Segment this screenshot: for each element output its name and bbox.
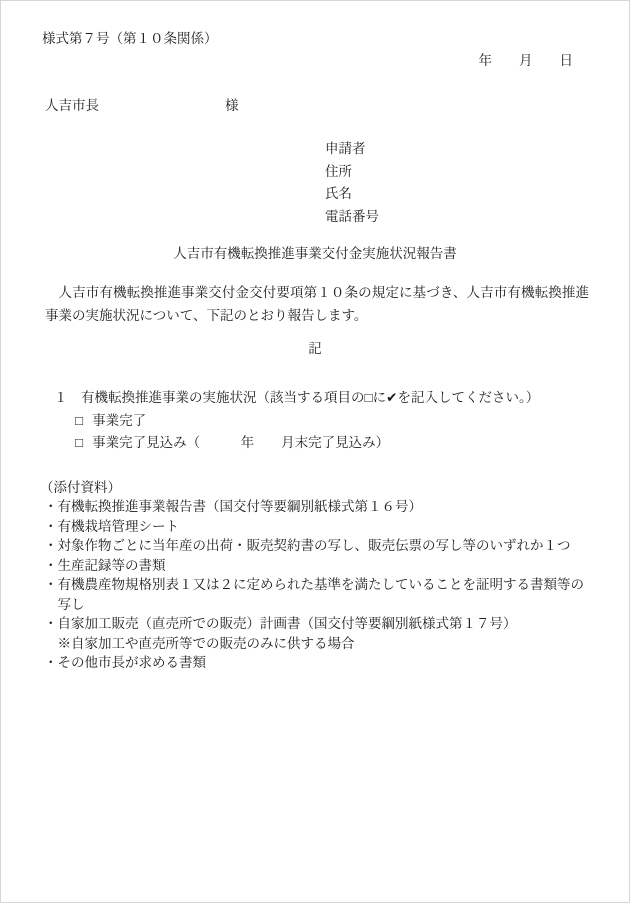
bullet-icon: ・ — [44, 614, 58, 634]
attachment-text: ※自家加工や直売所等での販売のみに供する場合 — [58, 634, 591, 654]
document-title: 人吉市有機転換推進事業交付金実施状況報告書 — [0, 243, 630, 266]
applicant-fields: 住所 氏名 電話番号 — [325, 161, 379, 229]
body-paragraph: 人吉市有機転換推進事業交付金交付要項第１０条の規定に基づき、人吉市有機転換推進事… — [45, 282, 589, 327]
addressee-honorific: 様 — [225, 98, 239, 113]
record-marker: 記 — [0, 338, 630, 361]
addressee-line: 人吉市長様 — [45, 95, 239, 118]
status-option: □事業完了 — [54, 410, 539, 433]
attachment-text: 自家加工販売（直売所での販売）計画書（国交付等要綱別紙様式第１７号） — [58, 614, 591, 634]
form-number: 様式第７号（第１０条関係） — [42, 28, 218, 51]
attachment-item: ・対象作物ごとに当年産の出荷・販売契約書の写し、販売伝票の写し等のいずれか１つ — [44, 536, 590, 556]
status-option: □事業完了見込み（ 年 月末完了見込み） — [54, 432, 539, 455]
attachment-text: 有機農産物規格別表１又は２に定められた基準を満たしていることを証明する書類等の写… — [58, 575, 591, 614]
applicant-field: 氏名 — [325, 183, 379, 206]
bullet-icon: ・ — [44, 653, 58, 673]
attachment-item: ※自家加工や直売所等での販売のみに供する場合 — [44, 634, 590, 654]
section-heading: １ 有機転換推進事業の実施状況（該当する項目の□に✔を記入してください。） — [54, 387, 539, 410]
bullet-icon: ・ — [44, 575, 58, 614]
attachment-item: ・有機栽培管理シート — [44, 517, 590, 537]
bullet-icon — [44, 634, 58, 654]
attachment-text: その他市長が求める書類 — [58, 653, 591, 673]
attachment-item: ・その他市長が求める書類 — [44, 653, 590, 673]
applicant-field: 住所 — [325, 161, 379, 184]
applicant-label: 申請者 — [325, 138, 379, 161]
date-line: 年 月 日 — [0, 50, 573, 73]
option-label: 事業完了見込み（ 年 月末完了見込み） — [92, 435, 389, 450]
applicant-block: 申請者 住所 氏名 電話番号 — [325, 138, 379, 228]
option-label: 事業完了 — [92, 413, 146, 428]
attachment-item: ・自家加工販売（直売所での販売）計画書（国交付等要綱別紙様式第１７号） — [44, 614, 590, 634]
addressee-name: 人吉市長 — [45, 98, 99, 113]
attachment-item: ・生産記録等の書類 — [44, 556, 590, 576]
bullet-icon: ・ — [44, 556, 58, 576]
bullet-icon: ・ — [44, 517, 58, 537]
attachments-list: ・有機転換推進事業報告書（国交付等要綱別紙様式第１６号） ・有機栽培管理シート … — [44, 497, 590, 673]
bullet-icon: ・ — [44, 497, 58, 517]
attachment-item: ・有機転換推進事業報告書（国交付等要綱別紙様式第１６号） — [44, 497, 590, 517]
attachment-text: 有機栽培管理シート — [58, 517, 591, 537]
attachment-text: 対象作物ごとに当年産の出荷・販売契約書の写し、販売伝票の写し等のいずれか１つ — [58, 536, 591, 556]
attachment-item: ・有機農産物規格別表１又は２に定められた基準を満たしていることを証明する書類等の… — [44, 575, 590, 614]
section-implementation-status: １ 有機転換推進事業の実施状況（該当する項目の□に✔を記入してください。） □事… — [54, 387, 539, 455]
checkbox-icon: □ — [75, 435, 83, 450]
checkbox-icon: □ — [75, 413, 83, 428]
bullet-icon: ・ — [44, 536, 58, 556]
document-page: 様式第７号（第１０条関係） 年 月 日 人吉市長様 申請者 住所 氏名 電話番号… — [0, 0, 630, 903]
applicant-field: 電話番号 — [325, 206, 379, 229]
status-options: □事業完了 □事業完了見込み（ 年 月末完了見込み） — [54, 410, 539, 455]
attachment-text: 有機転換推進事業報告書（国交付等要綱別紙様式第１６号） — [58, 497, 591, 517]
attachment-text: 生産記録等の書類 — [58, 556, 591, 576]
